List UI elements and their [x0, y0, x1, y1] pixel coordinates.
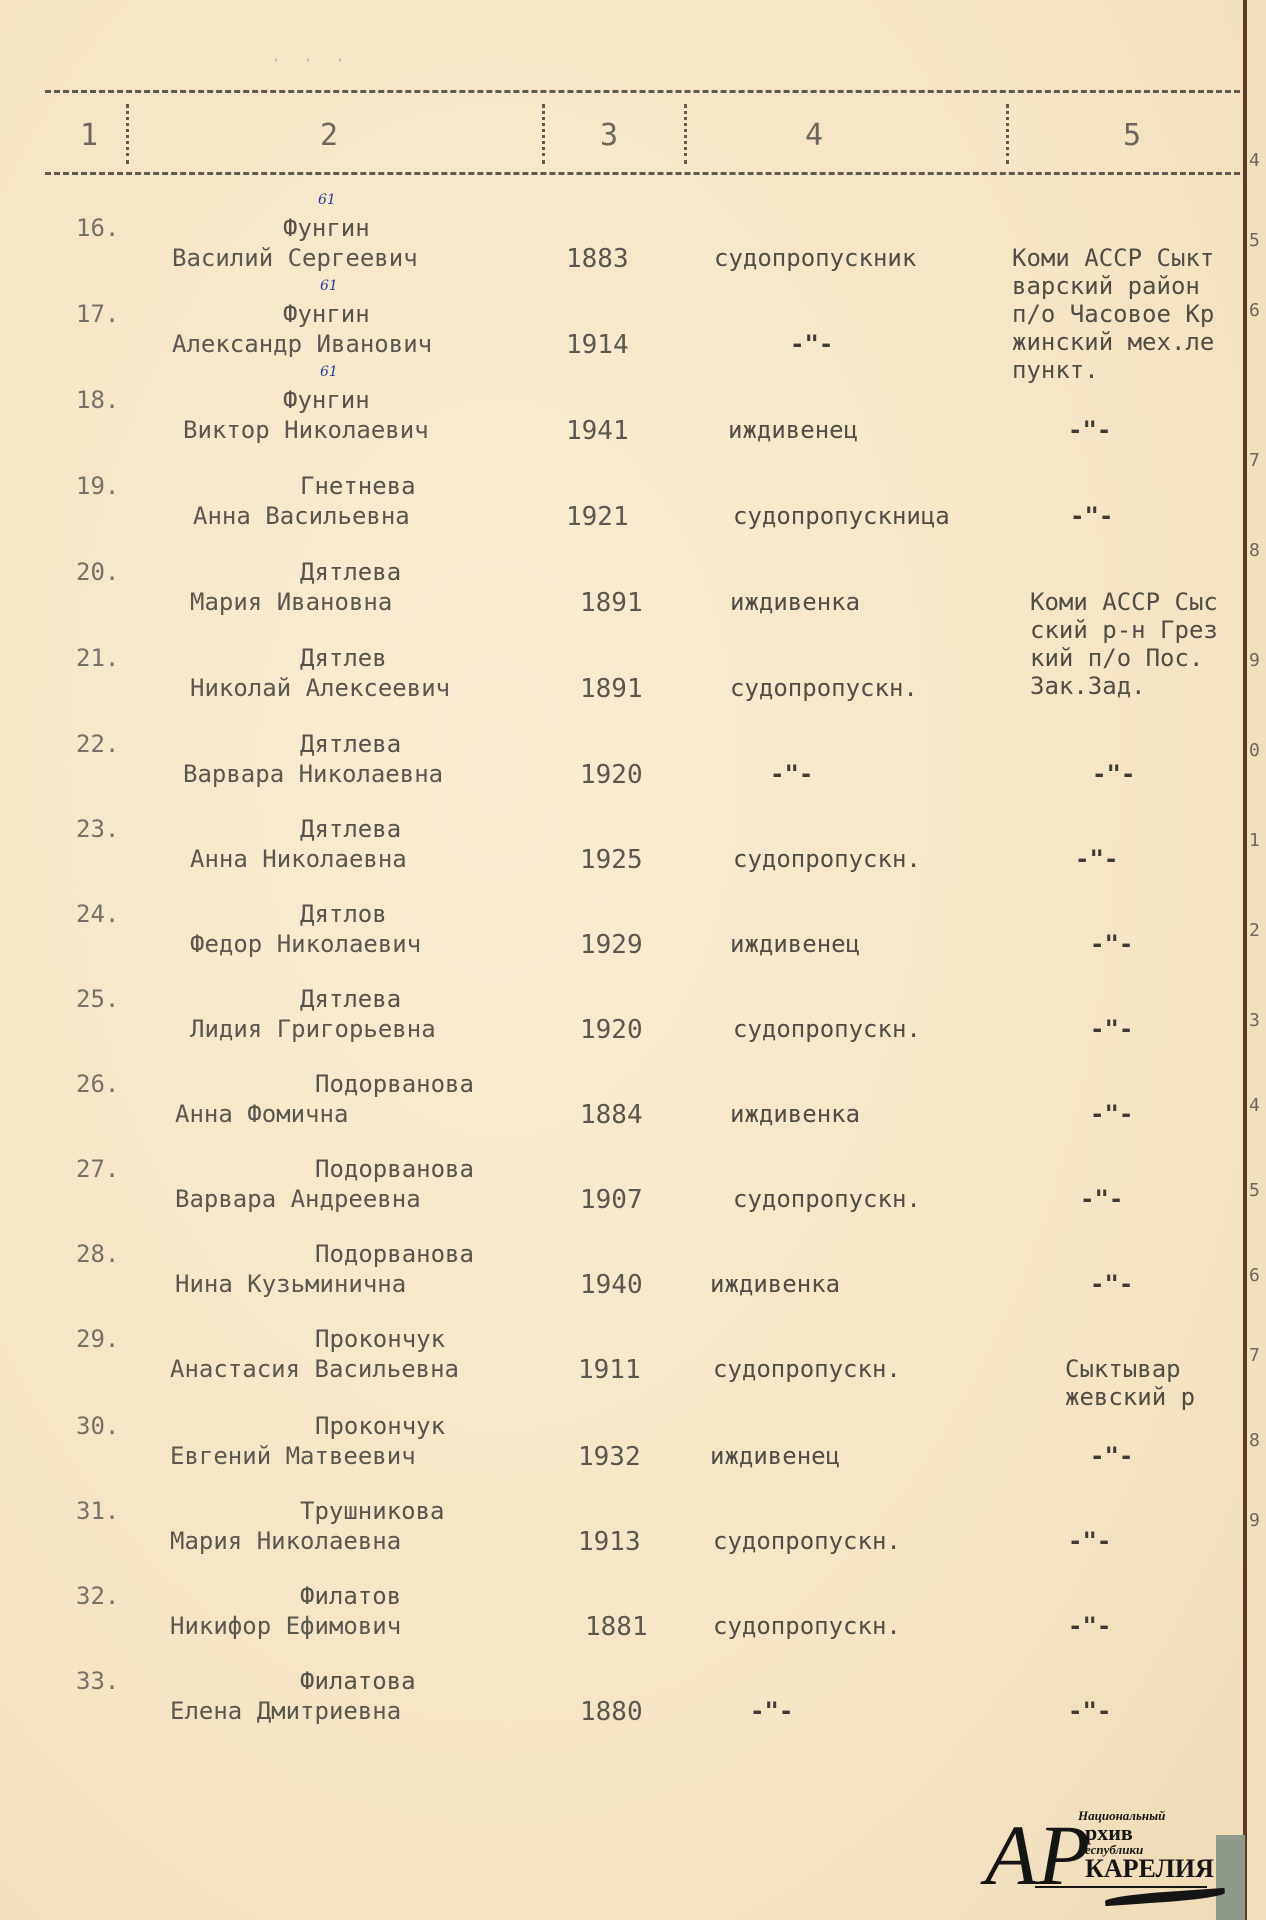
given-name: Николай Алексеевич	[190, 674, 450, 702]
column-separator	[542, 104, 545, 164]
margin-number: 8	[1249, 1430, 1260, 1451]
surname: Подорванова	[315, 1070, 474, 1098]
table-row: 33. Филатова Елена Дмитриевна 1880 -"- -…	[0, 1667, 1245, 1747]
surname: Прокончук	[315, 1412, 445, 1440]
birth-year: 1940	[580, 1270, 643, 1300]
row-number: 22.	[76, 730, 119, 758]
given-name: Евгений Матвеевич	[170, 1442, 416, 1470]
occupation-ditto: -"-	[790, 330, 833, 358]
margin-number: 3	[1249, 1010, 1260, 1031]
row-number: 33.	[76, 1667, 119, 1695]
table-row: 28. Подорванова Нина Кузьминична 1940 иж…	[0, 1240, 1245, 1320]
surname: Дятлева	[300, 558, 401, 586]
quill-icon	[1105, 1888, 1225, 1906]
document-page: · · · 1 2 3 4 5 16. 61 Фунгин Василий Се…	[0, 0, 1245, 1920]
given-name: Варвара Николаевна	[183, 760, 443, 788]
margin-number: 6	[1249, 300, 1260, 321]
birth-year: 1880	[580, 1697, 643, 1727]
margin-number: 4	[1249, 1095, 1260, 1116]
occupation: иждивенка	[730, 588, 860, 616]
row-number: 19.	[76, 472, 119, 500]
occupation: иждивенка	[710, 1270, 840, 1298]
occupation-ditto: -"-	[750, 1697, 793, 1725]
occupation: судопропускн.	[730, 674, 918, 702]
margin-number: 9	[1249, 1510, 1260, 1531]
column-header-2: 2	[320, 118, 338, 153]
birth-year: 1911	[578, 1355, 641, 1385]
address-line: Коми АССР Сыкт	[1012, 244, 1214, 272]
table-row: 19. Гнетнева Анна Васильевна 1921 судопр…	[0, 472, 1245, 552]
surname: Гнетнева	[300, 472, 416, 500]
margin-number: 7	[1249, 1345, 1260, 1366]
margin-number: 2	[1249, 920, 1260, 941]
given-name: Мария Николаевна	[170, 1527, 401, 1555]
address-ditto: -"-	[1070, 502, 1113, 530]
row-number: 32.	[76, 1582, 119, 1610]
surname: Прокончук	[315, 1325, 445, 1353]
birth-year: 1929	[580, 930, 643, 960]
given-name: Александр Иванович	[172, 330, 432, 358]
pen-annotation: 61	[318, 192, 336, 208]
address-ditto: -"-	[1090, 1270, 1133, 1298]
row-number: 16.	[76, 214, 119, 242]
column-header-row: 1 2 3 4 5	[0, 118, 1245, 168]
column-header-5: 5	[1123, 118, 1141, 153]
occupation: иждивенка	[730, 1100, 860, 1128]
address-ditto: -"-	[1068, 416, 1111, 444]
address-ditto: -"-	[1090, 1100, 1133, 1128]
occupation-ditto: -"-	[770, 760, 813, 788]
surname: Филатова	[300, 1667, 416, 1695]
given-name: Анастасия Васильевна	[170, 1355, 459, 1383]
birth-year: 1920	[580, 760, 643, 790]
given-name: Варвара Андреевна	[175, 1185, 421, 1213]
surname: Фунгин	[283, 386, 370, 414]
table-row: 16. 61 Фунгин Василий Сергеевич 1883 суд…	[0, 214, 1245, 294]
given-name: Анна Васильевна	[193, 502, 410, 530]
table-row: 17. 61 Фунгин Александр Иванович 1914 -"…	[0, 300, 1245, 380]
margin-number: 5	[1249, 230, 1260, 251]
birth-year: 1883	[566, 244, 629, 274]
table-row: 30. Прокончук Евгений Матвеевич 1932 ижд…	[0, 1412, 1245, 1492]
column-header-3: 3	[600, 118, 618, 153]
given-name: Елена Дмитриевна	[170, 1697, 401, 1725]
occupation: судопропускн.	[733, 1015, 921, 1043]
margin-number: 5	[1249, 1180, 1260, 1201]
occupation: судопропускница	[733, 502, 950, 530]
surname: Дятлев	[300, 644, 387, 672]
margin-number: 1	[1249, 830, 1260, 851]
table-row: 22. Дятлева Варвара Николаевна 1920 -"- …	[0, 730, 1245, 810]
address-ditto: -"-	[1090, 1015, 1133, 1043]
given-name: Василий Сергеевич	[172, 244, 418, 272]
logo-line-4: КАРЕЛИЯ	[1085, 1854, 1214, 1884]
birth-year: 1921	[566, 502, 629, 532]
given-name: Лидия Григорьевна	[190, 1015, 436, 1043]
address-ditto: -"-	[1092, 760, 1135, 788]
bleed-through-text: · · ·	[270, 48, 350, 72]
surname: Дятлева	[300, 985, 401, 1013]
row-number: 30.	[76, 1412, 119, 1440]
birth-year: 1914	[566, 330, 629, 360]
margin-number: 7	[1249, 450, 1260, 471]
birth-year: 1925	[580, 845, 643, 875]
address: Сыктывар жевский р	[1065, 1355, 1195, 1411]
birth-year: 1891	[580, 674, 643, 704]
margin-number: 9	[1249, 650, 1260, 671]
table-row: 23. Дятлева Анна Николаевна 1925 судопро…	[0, 815, 1245, 895]
logo-underline	[1035, 1886, 1207, 1888]
birth-year: 1941	[566, 416, 629, 446]
table-row: 20. Дятлева Мария Ивановна 1891 иждивенк…	[0, 558, 1245, 638]
pen-annotation: 61	[320, 364, 338, 380]
archive-watermark-logo: АР Национальный рхив еспублики КАРЕЛИЯ	[985, 1808, 1225, 1908]
row-number: 25.	[76, 985, 119, 1013]
table-row: 25. Дятлева Лидия Григорьевна 1920 судоп…	[0, 985, 1245, 1065]
header-rule-top	[45, 90, 1240, 93]
margin-number: 6	[1249, 1265, 1260, 1286]
occupation: иждивенец	[728, 416, 858, 444]
occupation: иждивенец	[730, 930, 860, 958]
given-name: Анна Николаевна	[190, 845, 407, 873]
margin-number: 4	[1249, 150, 1260, 171]
birth-year: 1881	[585, 1612, 648, 1642]
table-row: 21. Дятлев Николай Алексеевич 1891 судоп…	[0, 644, 1245, 724]
row-number: 29.	[76, 1325, 119, 1353]
column-header-4: 4	[805, 118, 823, 153]
adjacent-page-edge: 4 5 6 7 8 9 0 1 2 3 4 5 6 7 8 9	[1247, 0, 1266, 1920]
occupation: судопропускн.	[713, 1355, 901, 1383]
given-name: Анна Фомична	[175, 1100, 348, 1128]
row-number: 27.	[76, 1155, 119, 1183]
surname: Дятлева	[300, 815, 401, 843]
surname: Фунгин	[283, 214, 370, 242]
surname: Трушникова	[300, 1497, 445, 1525]
table-row: 18. 61 Фунгин Виктор Николаевич 1941 ижд…	[0, 386, 1245, 466]
address-ditto: -"-	[1075, 845, 1118, 873]
table-row: 29. Прокончук Анастасия Васильевна 1911 …	[0, 1325, 1245, 1405]
address-line: ский р-н Грез	[1030, 616, 1218, 644]
header-rule-bottom	[45, 172, 1240, 175]
occupation: судопропускн.	[713, 1527, 901, 1555]
occupation: судопропускн.	[713, 1612, 901, 1640]
column-separator	[126, 104, 129, 164]
given-name: Виктор Николаевич	[183, 416, 429, 444]
column-header-1: 1	[80, 118, 98, 153]
address-line: варский район	[1012, 272, 1214, 300]
address-ditto: -"-	[1068, 1527, 1111, 1555]
row-number: 26.	[76, 1070, 119, 1098]
given-name: Никифор Ефимович	[170, 1612, 401, 1640]
given-name: Мария Ивановна	[190, 588, 392, 616]
surname: Дятлева	[300, 730, 401, 758]
row-number: 20.	[76, 558, 119, 586]
table-row: 27. Подорванова Варвара Андреевна 1907 с…	[0, 1155, 1245, 1235]
surname: Фунгин	[283, 300, 370, 328]
birth-year: 1913	[578, 1527, 641, 1557]
row-number: 31.	[76, 1497, 119, 1525]
surname: Подорванова	[315, 1155, 474, 1183]
given-name: Федор Николаевич	[190, 930, 421, 958]
address-line: жевский р	[1065, 1383, 1195, 1411]
row-number: 17.	[76, 300, 119, 328]
table-row: 24. Дятлов Федор Николаевич 1929 иждивен…	[0, 900, 1245, 980]
surname: Филатов	[300, 1582, 401, 1610]
birth-year: 1907	[580, 1185, 643, 1215]
birth-year: 1884	[580, 1100, 643, 1130]
address-ditto: -"-	[1090, 1442, 1133, 1470]
pen-annotation: 61	[320, 278, 338, 294]
address-ditto: -"-	[1068, 1612, 1111, 1640]
column-separator	[1006, 104, 1009, 164]
margin-number: 0	[1249, 740, 1260, 761]
occupation: иждивенец	[710, 1442, 840, 1470]
surname: Подорванова	[315, 1240, 474, 1268]
address-ditto: -"-	[1068, 1697, 1111, 1725]
birth-year: 1920	[580, 1015, 643, 1045]
birth-year: 1932	[578, 1442, 641, 1472]
given-name: Нина Кузьминична	[175, 1270, 406, 1298]
birth-year: 1891	[580, 588, 643, 618]
row-number: 23.	[76, 815, 119, 843]
address-line: Коми АССР Сыс	[1030, 588, 1218, 616]
occupation: судопропускник	[714, 244, 916, 272]
row-number: 18.	[76, 386, 119, 414]
margin-number: 8	[1249, 540, 1260, 561]
column-separator	[684, 104, 687, 164]
address-ditto: -"-	[1090, 930, 1133, 958]
occupation: судопропускн.	[733, 1185, 921, 1213]
address-line: Сыктывар	[1065, 1355, 1195, 1383]
row-number: 21.	[76, 644, 119, 672]
table-row: 26. Подорванова Анна Фомична 1884 иждиве…	[0, 1070, 1245, 1150]
occupation: судопропускн.	[733, 845, 921, 873]
row-number: 24.	[76, 900, 119, 928]
surname: Дятлов	[300, 900, 387, 928]
table-row: 31. Трушникова Мария Николаевна 1913 суд…	[0, 1497, 1245, 1577]
address-ditto: -"-	[1080, 1185, 1123, 1213]
table-row: 32. Филатов Никифор Ефимович 1881 судопр…	[0, 1582, 1245, 1662]
row-number: 28.	[76, 1240, 119, 1268]
